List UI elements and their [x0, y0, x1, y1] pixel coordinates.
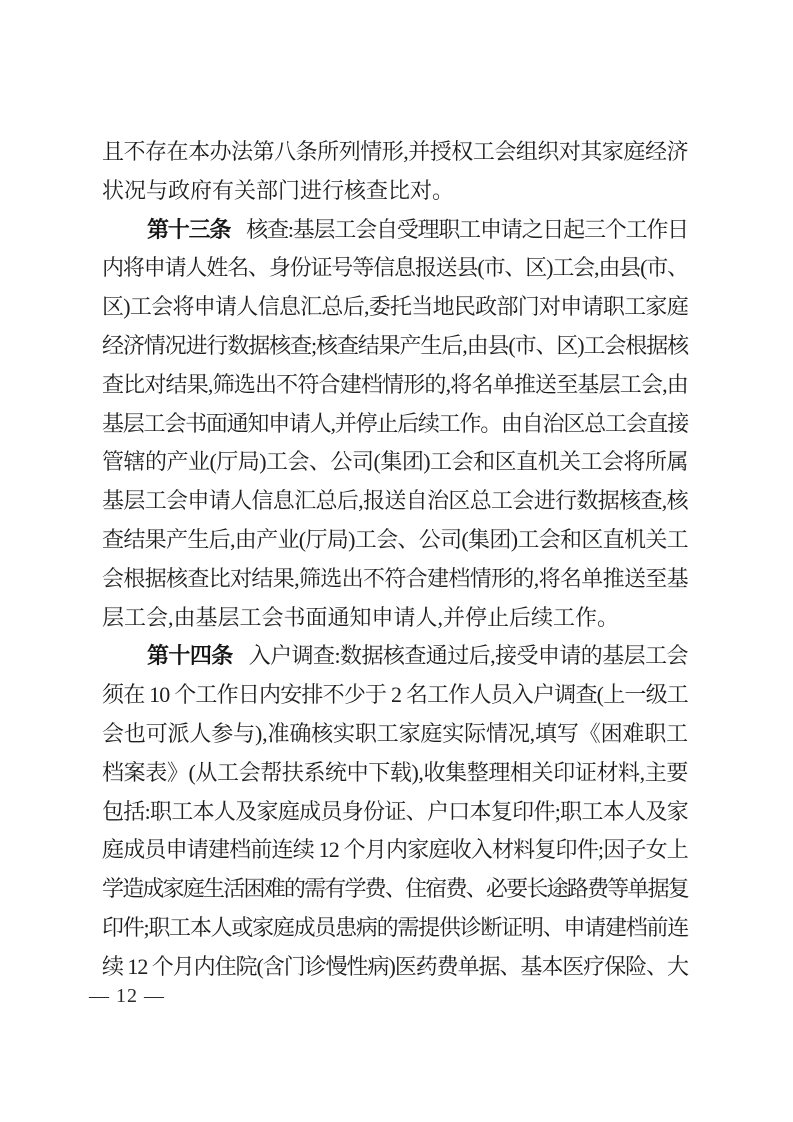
- text-line: 会也可派人参与),准确核实职工家庭实际情况,填写《困难职工: [102, 715, 688, 754]
- text-line: 须在 10 个工作日内安排不少于 2 名工作人员入户调查(上一级工: [102, 676, 688, 715]
- text-line: 管辖的产业(厅局)工会、公司(集团)工会和区直机关工会将所属: [102, 443, 688, 482]
- article-heading-line: 第十四条入户调查:数据核查通过后,接受申请的基层工会: [102, 637, 688, 676]
- text-line: 包括:职工本人及家庭成员身份证、户口本复印件;职工本人及家: [102, 793, 688, 832]
- text-line-paragraph-end: 层工会,由基层工会书面通知申请人,并停止后续工作。: [102, 599, 688, 638]
- text-line-paragraph-end: 状况与政府有关部门进行核查比对。: [102, 172, 688, 211]
- text-line: 基层工会申请人信息汇总后,报送自治区总工会进行数据核查,核: [102, 482, 688, 521]
- article-heading-line: 第十三条核查:基层工会自受理职工申请之日起三个工作日: [102, 211, 688, 250]
- text-line: 区)工会将申请人信息汇总后,委托当地民政部门对申请职工家庭: [102, 288, 688, 327]
- text-line: 庭成员申请建档前连续 12 个月内家庭收入材料复印件;因子女上: [102, 831, 688, 870]
- article-number-heading: 第十三条: [147, 217, 230, 242]
- text-line: 学造成家庭生活困难的需有学费、住宿费、必要长途路费等单据复: [102, 870, 688, 909]
- text-line: 印件;职工本人或家庭成员患病的需提供诊断证明、申请建档前连: [102, 909, 688, 948]
- article-number-heading: 第十四条: [147, 643, 233, 668]
- document-body-text: 且不存在本办法第八条所列情形,并授权工会组织对其家庭经济 状况与政府有关部门进行…: [102, 133, 688, 987]
- document-page: 且不存在本办法第八条所列情形,并授权工会组织对其家庭经济 状况与政府有关部门进行…: [0, 0, 793, 1122]
- text-line: 会根据核查比对结果,筛选出不符合建档情形的,将名单推送至基: [102, 560, 688, 599]
- article-lead-text: 核查:基层工会自受理职工申请之日起三个工作日: [246, 217, 688, 242]
- text-line: 续 12 个月内住院(含门诊慢性病)医药费单据、基本医疗保险、大: [102, 948, 688, 987]
- text-line: 内将申请人姓名、身份证号等信息报送县(市、区)工会,由县(市、: [102, 249, 688, 288]
- page-number: — 12 —: [89, 985, 165, 1007]
- article-lead-text: 入户调查:数据核查通过后,接受申请的基层工会: [249, 643, 688, 668]
- text-line: 查结果产生后,由产业(厅局)工会、公司(集团)工会和区直机关工: [102, 521, 688, 560]
- text-line: 基层工会书面通知申请人,并停止后续工作。由自治区总工会直接: [102, 405, 688, 444]
- text-line: 档案表》(从工会帮扶系统中下载),收集整理相关印证材料,主要: [102, 754, 688, 793]
- text-line: 查比对结果,筛选出不符合建档情形的,将名单推送至基层工会,由: [102, 366, 688, 405]
- text-line: 且不存在本办法第八条所列情形,并授权工会组织对其家庭经济: [102, 133, 688, 172]
- text-line: 经济情况进行数据核查;核查结果产生后,由县(市、区)工会根据核: [102, 327, 688, 366]
